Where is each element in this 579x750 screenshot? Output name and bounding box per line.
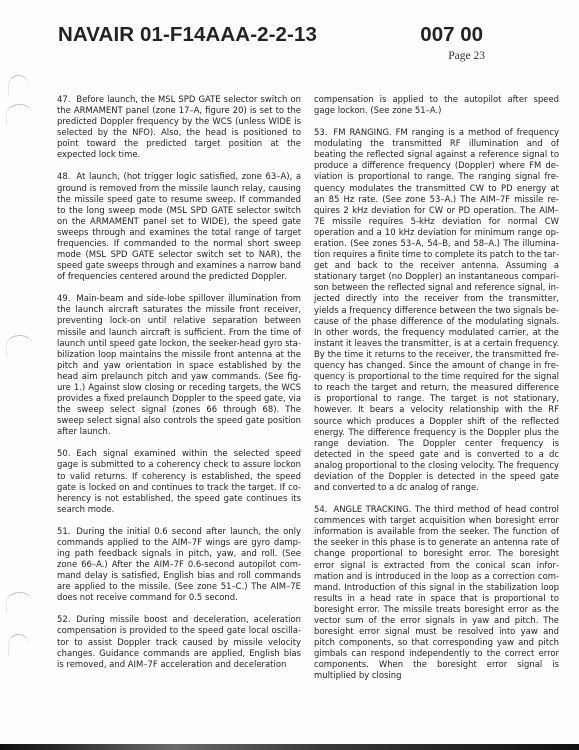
binder-hole-mark xyxy=(8,634,29,655)
left-text-column: 47.Before launch, the MSL SPD GATE selec… xyxy=(57,94,301,681)
paragraph-48: 48.At launch, (hot trigger logic satisfi… xyxy=(57,171,301,282)
paragraph-text: ANGLE TRACKING. The third method of head… xyxy=(314,504,559,680)
binder-hole-mark xyxy=(6,104,33,125)
right-text-column: compensation is applied to the autopilot… xyxy=(314,94,559,692)
paragraph-52-continued: compensation is applied to the autopilot… xyxy=(314,94,559,116)
paragraph-text: During missile boost and deceleration, a… xyxy=(57,614,301,668)
paragraph-text: During the initial 0.6 second after laun… xyxy=(57,526,301,603)
paragraph-number: 54. xyxy=(314,504,327,514)
paragraph-number: 53. xyxy=(314,127,327,137)
paragraph-52: 52.During missile boost and deceleration… xyxy=(57,614,301,669)
paragraph-number: 52. xyxy=(57,614,70,624)
paragraph-54: 54.ANGLE TRACKING. The third method of h… xyxy=(314,504,559,682)
paragraph-number: 49. xyxy=(57,293,70,303)
binder-hole-mark xyxy=(6,335,33,356)
section-code: 007 00 xyxy=(420,23,483,47)
scan-edge-shadow xyxy=(0,744,579,750)
paragraph-47: 47.Before launch, the MSL SPD GATE selec… xyxy=(57,94,301,161)
paragraph-text: At launch, (hot trigger logic satisfied,… xyxy=(57,171,301,281)
binder-hole-mark xyxy=(6,592,33,613)
paragraph-number: 47. xyxy=(57,94,70,104)
binder-hole-mark xyxy=(8,75,29,96)
document-page: NAVAIR 01-F14AAA-2-2-13 007 00 Page 23 4… xyxy=(0,0,579,750)
paragraph-49: 49.Main-beam and side-lobe spillover ill… xyxy=(57,293,301,437)
paragraph-text: FM RANGING. FM ranging is a method of fr… xyxy=(314,127,559,492)
paragraph-text: Each signal examined within the selected… xyxy=(57,448,301,513)
paragraph-51: 51.During the initial 0.6 second after l… xyxy=(57,526,301,604)
paragraph-text: Before launch, the MSL SPD GATE selector… xyxy=(57,94,301,159)
paragraph-number: 50. xyxy=(57,448,70,458)
paragraph-text: Main-beam and side-lobe spillover illumi… xyxy=(57,293,301,436)
paragraph-text: compensation is applied to the autopilot… xyxy=(314,94,559,115)
paragraph-50: 50.Each signal examined within the selec… xyxy=(57,448,301,515)
page-number: Page 23 xyxy=(448,50,485,62)
paragraph-number: 48. xyxy=(57,171,70,181)
paragraph-number: 51. xyxy=(57,526,70,536)
paragraph-53: 53.FM RANGING. FM ranging is a method of… xyxy=(314,127,559,493)
document-number: NAVAIR 01-F14AAA-2-2-13 xyxy=(58,23,317,47)
